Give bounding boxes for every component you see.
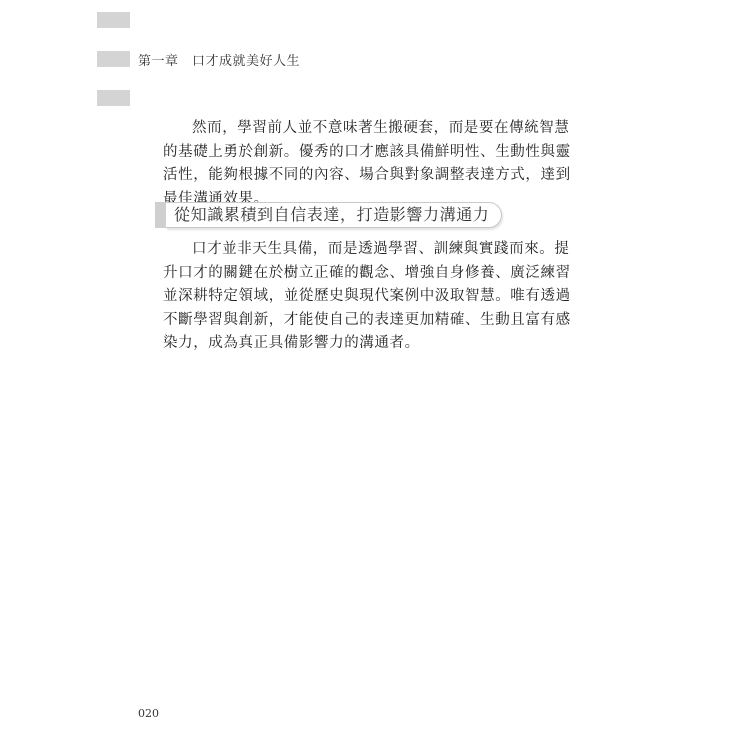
chapter-number: 第一章: [138, 54, 179, 69]
heading-accent-bar: [155, 202, 166, 228]
body-paragraph-2: 口才並非天生具備，而是透過學習、訓練與實踐而來。提升口才的關鍵在於樹立正確的觀念…: [163, 238, 583, 356]
section-heading: 從知識累積到自信表達，打造影響力溝通力: [155, 202, 502, 228]
page-tab-bottom: [97, 90, 130, 106]
chapter-title: 口才成就美好人生: [192, 54, 300, 69]
page-number: 020: [138, 707, 159, 720]
page-tab-top: [97, 12, 130, 28]
section-heading-text: 從知識累積到自信表達，打造影響力溝通力: [166, 202, 502, 228]
body-paragraph-1: 然而，學習前人並不意味著生搬硬套，而是要在傳統智慧的基礎上勇於創新。優秀的口才應…: [163, 117, 583, 211]
running-header: 第一章 口才成就美好人生: [138, 50, 300, 69]
page-tab-middle: [97, 51, 130, 67]
